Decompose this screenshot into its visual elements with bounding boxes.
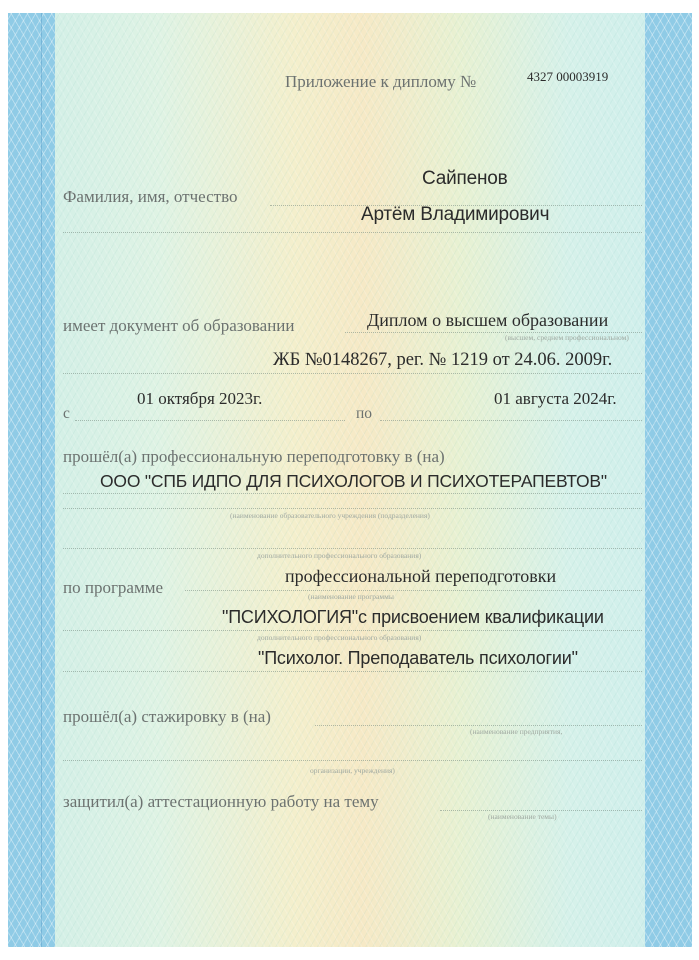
period-from-underline	[75, 420, 345, 421]
program-additional-hint: дополнительного профессионального образо…	[257, 633, 421, 642]
retraining-institution-underline-2	[63, 508, 642, 509]
education-document-value: Диплом о высшем образовании	[367, 310, 608, 331]
education-document-details: ЖБ №0148267, рег. № 1219 от 24.06. 2009г…	[273, 350, 612, 371]
period-to-value: 01 августа 2024г.	[494, 389, 617, 409]
diploma-number: 4327 00003919	[527, 69, 608, 85]
program-name-hint: (наименование программы	[308, 592, 394, 601]
full-name-underline-2	[63, 232, 642, 233]
program-line-2: "ПСИХОЛОГИЯ"с присвоением квалификации	[222, 607, 604, 628]
program-underline-3	[63, 671, 642, 672]
institution-hint: (наименование образовательного учреждени…	[230, 511, 430, 520]
thesis-underline	[440, 810, 642, 811]
internship-underline-2	[63, 760, 642, 761]
full-name-label: Фамилия, имя, отчество	[63, 187, 238, 207]
program-label: по программе	[63, 578, 163, 598]
period-to-underline	[380, 420, 642, 421]
supplement-title: Приложение к диплому №	[285, 72, 476, 92]
left-security-band	[8, 13, 55, 947]
right-security-band	[645, 13, 692, 947]
period-from-label: с	[63, 405, 70, 423]
internship-underline	[315, 725, 642, 726]
retraining-institution: ООО "СПБ ИДПО ДЛЯ ПСИХОЛОГОВ И ПСИХОТЕРА…	[100, 471, 607, 492]
retraining-underline-3	[63, 548, 642, 549]
program-line-3: "Психолог. Преподаватель психологии"	[258, 648, 578, 669]
program-line-1: профессиональной переподготовки	[285, 566, 556, 587]
enterprise-hint: (наименование предприятия,	[470, 727, 562, 736]
retraining-institution-underline	[63, 493, 642, 494]
additional-education-hint: дополнительного профессионального образо…	[257, 551, 421, 560]
education-details-underline	[63, 373, 642, 374]
thesis-topic-hint: (наименование темы)	[488, 812, 557, 821]
education-level-hint: (высшем, среднем профессиональном)	[505, 333, 629, 342]
organization-hint: организации, учреждения)	[310, 766, 395, 775]
given-names-value: Артём Владимирович	[361, 204, 549, 226]
education-document-label: имеет документ об образовании	[63, 316, 295, 336]
program-underline-2	[63, 630, 642, 631]
surname-value: Сайпенов	[422, 168, 508, 190]
program-underline-1	[185, 590, 642, 591]
thesis-label: защитил(а) аттестационную работу на тему	[63, 792, 379, 812]
period-to-label: по	[356, 405, 372, 423]
retraining-label: прошёл(а) профессиональную переподготовк…	[63, 447, 445, 467]
internship-label: прошёл(а) стажировку в (на)	[63, 707, 271, 727]
period-from-value: 01 октября 2023г.	[137, 389, 262, 409]
